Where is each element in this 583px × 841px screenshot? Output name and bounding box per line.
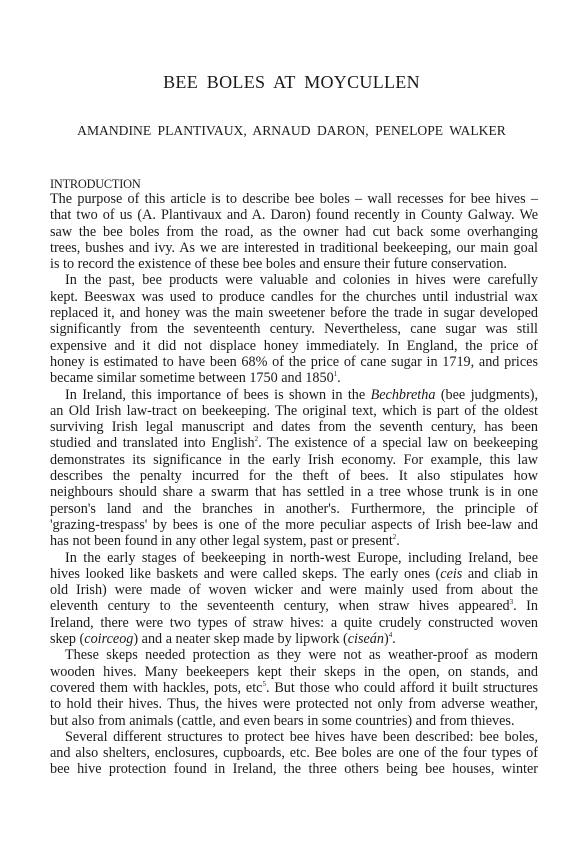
text-line: Several different structures to protect … <box>50 729 538 745</box>
italic-term: ciseán <box>348 631 384 647</box>
text-line: skep (coirceog) and a neater skep made b… <box>50 631 538 647</box>
section-heading-introduction: INTRODUCTION <box>50 176 141 192</box>
paragraph: These skeps needed protection as they we… <box>50 647 538 728</box>
text-line: eleventh century to the seventeenth cent… <box>50 598 538 614</box>
text-line: replaced it, and honey was the main swee… <box>50 305 538 321</box>
footnote-ref: 2 <box>393 533 397 541</box>
text-line: In the early stages of beekeeping in nor… <box>50 550 538 566</box>
text-line: covered them with hackles, pots, etc5. B… <box>50 680 538 696</box>
text-line: surviving Irish legal manuscript and dat… <box>50 419 538 435</box>
paragraph: In the early stages of beekeeping in nor… <box>50 550 538 648</box>
text-line: kept. Beeswax was used to produce candle… <box>50 289 538 305</box>
text-line: that two of us (A. Plantivaux and A. Dar… <box>50 207 538 223</box>
text-line: significantly from the seventeenth centu… <box>50 321 538 337</box>
text-line: wooden hives. Many beekeepers kept their… <box>50 664 538 680</box>
italic-term: ceis <box>440 566 462 582</box>
text-line: an Old Irish law-tract on beekeeping. Th… <box>50 403 538 419</box>
paragraph: The purpose of this article is to descri… <box>50 191 538 272</box>
text-line: The purpose of this article is to descri… <box>50 191 538 207</box>
article-title: BEE BOLES AT MOYCULLEN <box>0 72 583 92</box>
text-line: has not been found in any other legal sy… <box>50 533 538 549</box>
text-line: Ireland, there were two types of straw h… <box>50 615 538 631</box>
text-line: trees, bushes and ivy. As we are interes… <box>50 240 538 256</box>
text-line: 'grazing-trespass' by bees is one of the… <box>50 517 538 533</box>
text-line: but also from animals (cattle, and even … <box>50 713 538 729</box>
text-line: studied and translated into English2. Th… <box>50 435 538 451</box>
paragraph: In Ireland, this importance of bees is s… <box>50 387 538 550</box>
text-line: and also shelters, enclosures, cupboards… <box>50 745 538 761</box>
document-page: BEE BOLES AT MOYCULLEN AMANDINE PLANTIVA… <box>0 0 583 841</box>
text-line: is to record the existence of these bee … <box>50 256 538 272</box>
text-line: person's land and the branches in anothe… <box>50 501 538 517</box>
footnote-ref: 4 <box>389 631 393 639</box>
text-line: demonstrates its significance in the ear… <box>50 452 538 468</box>
text-line: These skeps needed protection as they we… <box>50 647 538 663</box>
text-line: honey is estimated to have been 68% of t… <box>50 354 538 370</box>
footnote-ref: 5 <box>262 680 266 688</box>
text-fragment: . <box>337 370 341 386</box>
footnote-ref: 3 <box>510 598 514 606</box>
text-line: old Irish) were made of woven wicker and… <box>50 582 538 598</box>
text-line: neighbours should share a swarm that has… <box>50 484 538 500</box>
italic-term: coirceog <box>84 631 133 647</box>
footnote-ref: 2 <box>255 435 259 443</box>
article-authors: AMANDINE PLANTIVAUX, ARNAUD DARON, PENEL… <box>0 123 583 139</box>
text-fragment: became similar sometime between 1750 and… <box>50 370 334 386</box>
text-line: saw the bee boles from the road, as the … <box>50 224 538 240</box>
text-line: to hold their hives. Thus, the hives wer… <box>50 696 538 712</box>
paragraph: Several different structures to protect … <box>50 729 538 778</box>
text-line: hives looked like baskets and were calle… <box>50 566 538 582</box>
text-line: bee hive protection found in Ireland, th… <box>50 761 538 777</box>
paragraph: In the past, bee products were valuable … <box>50 272 538 386</box>
text-line: In Ireland, this importance of bees is s… <box>50 387 538 403</box>
italic-term: Bechbretha <box>371 387 436 403</box>
text-line: became similar sometime between 1750 and… <box>50 370 538 386</box>
text-line: In the past, bee products were valuable … <box>50 272 538 288</box>
text-line: expensive and it did not displace honey … <box>50 338 538 354</box>
article-body: The purpose of this article is to descri… <box>50 191 538 778</box>
text-line: describes the penalty incurred for the t… <box>50 468 538 484</box>
